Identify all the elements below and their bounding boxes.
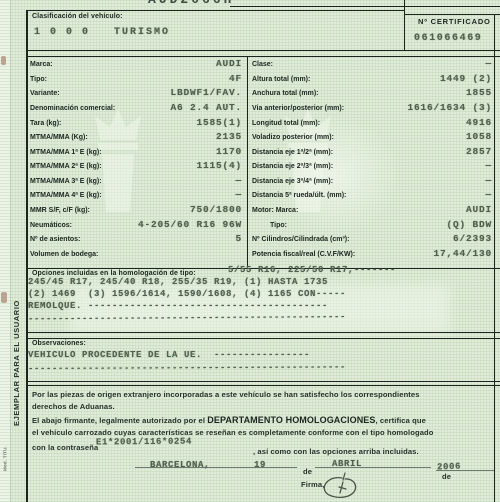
scan-smudge bbox=[1, 56, 6, 65]
spec-column-divider bbox=[247, 56, 248, 268]
spec-value: 17,44/130 bbox=[433, 248, 492, 259]
spec-label: Distancia 5ª rueda/últ. (mm): bbox=[252, 192, 346, 199]
spec-value: 1855 bbox=[466, 87, 492, 98]
spec-label: Longitud total (mm): bbox=[252, 120, 320, 127]
spec-row: Potencia fiscal/real (C.V.F/KW):17,44/13… bbox=[252, 248, 495, 261]
certify-department: DEPARTAMENTO HOMOLOGACIONES bbox=[207, 415, 375, 425]
spec-value: — bbox=[485, 189, 492, 200]
spec-value: LBDWF1/FAV. bbox=[170, 87, 242, 98]
observations-box-bottom bbox=[26, 381, 500, 382]
observations-label: Observaciones: bbox=[32, 340, 86, 347]
spec-label: Via anterior/posterior (mm): bbox=[252, 105, 344, 112]
spec-value: 750/1800 bbox=[190, 204, 242, 215]
spec-value: — bbox=[485, 58, 492, 69]
spec-label: MTMA/MMA 2ª E (kg): bbox=[30, 163, 102, 170]
spec-row: MTMA/MMA 4ª E (kg):— bbox=[30, 189, 245, 202]
options-line2: 245/45 R17, 245/40 R18, 255/35 R19, (1) … bbox=[28, 277, 328, 287]
certificate-box-topline bbox=[404, 14, 500, 15]
spec-value: (Q) BDW bbox=[446, 219, 492, 230]
spec-row: Tara (kg):1585(1) bbox=[30, 117, 245, 130]
spec-row: Denominación comercial:A6 2.4 AUT. bbox=[30, 102, 245, 115]
spec-label: Nº de asientos: bbox=[30, 236, 80, 243]
legal-box-top bbox=[26, 385, 500, 386]
vehicle-certificate-document: AUD2066H Clasificación del vehículo: 1 0… bbox=[0, 0, 500, 502]
spec-label: Distancia eje 3ª/4ª (mm): bbox=[252, 178, 333, 185]
certify-post: , certifica que bbox=[376, 416, 426, 425]
spec-value: — bbox=[485, 160, 492, 171]
date-de2: de bbox=[442, 472, 451, 481]
spec-row: Tipo:(Q) BDW bbox=[252, 219, 495, 232]
spec-label: Tipo: bbox=[30, 76, 47, 83]
date-city: BARCELONA, bbox=[150, 460, 210, 470]
top-rule bbox=[230, 6, 500, 7]
spec-label: Volumen de bodega: bbox=[30, 251, 98, 258]
spec-value: 4916 bbox=[466, 117, 492, 128]
spec-row: MTMA/MMA 3ª E (kg):— bbox=[30, 175, 245, 188]
sidebar-form-code: Mod. TITU. bbox=[3, 442, 8, 476]
spec-row: Neumáticos:4-205/60 R16 96W bbox=[30, 219, 245, 232]
spec-row: Altura total (mm):1449 (2) bbox=[252, 73, 495, 86]
spec-label: Variante: bbox=[30, 90, 60, 97]
spec-value: 2135 bbox=[216, 131, 242, 142]
spec-label: MTMA/MMA 3ª E (kg): bbox=[30, 178, 102, 185]
clipped-top-text: AUD2066H bbox=[148, 0, 234, 7]
certificate-number: 061066469 bbox=[414, 33, 482, 44]
date-de1: de bbox=[303, 467, 312, 476]
spec-label: MTMA/MMA 4ª E (kg): bbox=[30, 192, 102, 199]
spec-row: Clase:— bbox=[252, 58, 495, 71]
observations-line1: VEHICULO PROCEDENTE DE LA UE. ----------… bbox=[28, 350, 310, 360]
observations-line2: ----------------------------------------… bbox=[28, 362, 346, 374]
spec-row: Longitud total (mm):4916 bbox=[252, 117, 495, 130]
signature-label: Firma, bbox=[301, 480, 324, 489]
observations-box-top bbox=[26, 338, 500, 339]
spec-value: 4-205/60 R16 96W bbox=[138, 219, 242, 230]
spec-value: 5 bbox=[235, 233, 242, 244]
spec-label: Marca: bbox=[30, 61, 53, 68]
spec-label: Altura total (mm): bbox=[252, 76, 310, 83]
spec-row: Motor: Marca:AUDI bbox=[252, 204, 495, 217]
certify-line3-post: , así como con las opciones arriba inclu… bbox=[253, 447, 419, 456]
spec-value: — bbox=[485, 175, 492, 186]
spec-value: A6 2.4 AUT. bbox=[170, 102, 242, 113]
spec-row: Voladizo posterior (mm):1058 bbox=[252, 131, 495, 144]
left-border bbox=[26, 10, 28, 502]
spec-row: Distancia eje 1ª/2ª (mm):2857 bbox=[252, 146, 495, 159]
classification-box-bottom bbox=[26, 50, 500, 51]
spec-label: Motor: Marca: bbox=[252, 207, 298, 214]
certify-line2: el vehículo carrozado cuyas característi… bbox=[32, 428, 434, 437]
spec-label: Tipo: bbox=[270, 222, 287, 229]
scan-edge bbox=[0, 0, 11, 502]
spec-label: Potencia fiscal/real (C.V.F/KW): bbox=[252, 251, 355, 258]
spec-value: 1170 bbox=[216, 146, 242, 157]
certify-line3-pre: con la contraseña bbox=[32, 443, 98, 452]
spec-label: Voladizo posterior (mm): bbox=[252, 134, 334, 141]
spec-label: Nº Cilindros/Cilindrada (cm³): bbox=[252, 236, 349, 243]
spec-value: 1616/1634 (3) bbox=[407, 102, 492, 113]
scan-smudge bbox=[1, 292, 7, 303]
options-line3: (2) 1469 (3) 1596/1614, 1590/1608, (4) 1… bbox=[28, 289, 346, 299]
spec-label: Distancia eje 2ª/3ª (mm): bbox=[252, 163, 333, 170]
spec-value: 1585(1) bbox=[196, 117, 242, 128]
classification-label: Clasificación del vehículo: bbox=[32, 13, 123, 20]
classification-value: 1 0 0 0 TURISMO bbox=[34, 27, 170, 38]
spec-value: AUDI bbox=[466, 204, 492, 215]
customs-text-line2: derechos de Aduanas. bbox=[32, 402, 115, 411]
approval-code: E1*2001/116*0254 bbox=[96, 437, 192, 448]
spec-label: Tara (kg): bbox=[30, 120, 61, 127]
sidebar-copy-text: EJEMPLAR PARA EL USUARIO bbox=[12, 311, 21, 426]
date-day: 19 bbox=[254, 460, 266, 470]
date-month: ABRIL bbox=[332, 459, 362, 469]
spec-value: 1058 bbox=[466, 131, 492, 142]
spec-row: Distancia eje 2ª/3ª (mm):— bbox=[252, 160, 495, 173]
spec-row: Nº de asientos:5 bbox=[30, 233, 245, 246]
spec-label: Denominación comercial: bbox=[30, 105, 115, 112]
spec-row: Variante:LBDWF1/FAV. bbox=[30, 87, 245, 100]
classification-box-top bbox=[26, 10, 404, 11]
spec-row: MMR S/F, c/F (kg):750/1800 bbox=[30, 204, 245, 217]
spec-label: MTMA/MMA 1ª E (kg): bbox=[30, 149, 102, 156]
spec-value: 1449 (2) bbox=[440, 73, 492, 84]
spec-row: Marca:AUDI bbox=[30, 58, 245, 71]
spec-label: Neumáticos: bbox=[30, 222, 72, 229]
options-line4: REMOLQUE. ------------------------------… bbox=[28, 301, 328, 311]
spec-label: Clase: bbox=[252, 61, 273, 68]
spec-row: MTMA/MMA 1ª E (kg):1170 bbox=[30, 146, 245, 159]
spec-row: MTMA/MMA (Kg):2135 bbox=[30, 131, 245, 144]
options-line1: 5/55 R16, 225/50 R17,------- bbox=[228, 265, 396, 275]
spec-row: Nº Cilindros/Cilindrada (cm³):6/2393 bbox=[252, 233, 495, 246]
certificate-box-left bbox=[404, 0, 405, 50]
spec-row: Tipo:4F bbox=[30, 73, 245, 86]
options-line5: ----------------------------------------… bbox=[28, 312, 346, 324]
spec-label: Anchura total (mm): bbox=[252, 90, 319, 97]
spec-value: 6/2393 bbox=[453, 233, 492, 244]
spec-value: AUDI bbox=[216, 58, 242, 69]
spec-value: — bbox=[235, 189, 242, 200]
date-year: 2006 bbox=[437, 462, 461, 473]
options-label: Opciones incluidas en la homologación de… bbox=[32, 270, 196, 277]
options-box-bottom bbox=[26, 332, 500, 333]
spec-label: MTMA/MMA (Kg): bbox=[30, 134, 88, 141]
certify-pre: El abajo firmante, legalmente autorizado… bbox=[32, 416, 205, 425]
certificate-label: Nº CERTIFICADO bbox=[418, 17, 491, 26]
spec-label: Distancia eje 1ª/2ª (mm): bbox=[252, 149, 333, 156]
spec-row: MTMA/MMA 2ª E (kg):1115(4) bbox=[30, 160, 245, 173]
spec-value: — bbox=[235, 175, 242, 186]
spec-row: Volumen de bodega: bbox=[30, 248, 245, 261]
certify-line1: El abajo firmante, legalmente autorizado… bbox=[32, 415, 426, 425]
spec-box-top bbox=[26, 56, 500, 57]
spec-row: Anchura total (mm):1855 bbox=[252, 87, 495, 100]
customs-text-line1: Por las piezas de origen extranjero inco… bbox=[32, 390, 420, 399]
spec-row: Distancia eje 3ª/4ª (mm):— bbox=[252, 175, 495, 188]
spec-value: 1115(4) bbox=[196, 160, 242, 171]
spec-label: MMR S/F, c/F (kg): bbox=[30, 207, 90, 214]
spec-value: 4F bbox=[229, 73, 242, 84]
spec-row: Via anterior/posterior (mm):1616/1634 (3… bbox=[252, 102, 495, 115]
spec-row: Distancia 5ª rueda/últ. (mm):— bbox=[252, 189, 495, 202]
spec-value: 2857 bbox=[466, 146, 492, 157]
